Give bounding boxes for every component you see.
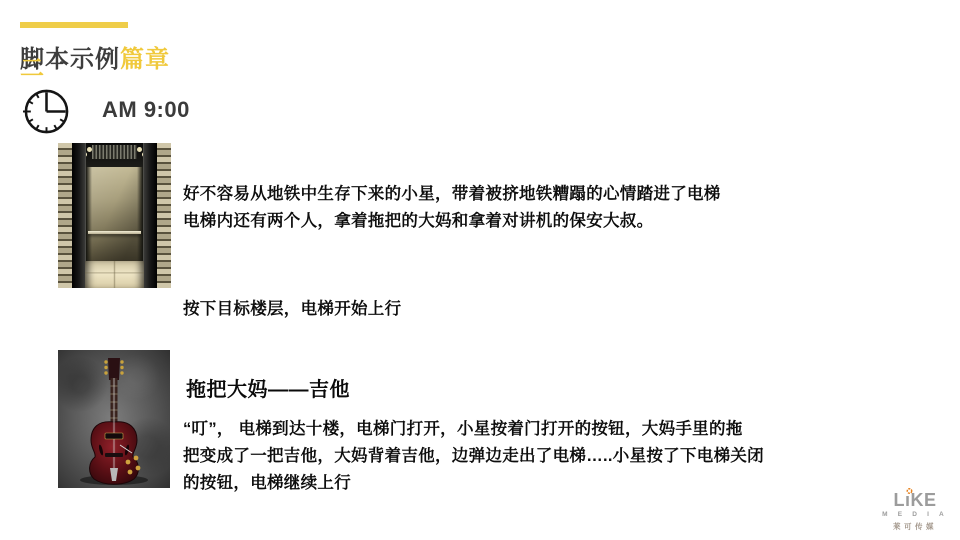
scene2-heading: 拖把大妈——吉他 <box>186 373 350 402</box>
brand-media-label: M E D I A <box>880 511 950 518</box>
title-accent-bar <box>20 22 128 28</box>
elevator-back-wall <box>86 167 143 261</box>
guitar-illustration <box>58 350 170 488</box>
brand-logo: L ıKE M E D I A 莱可传媒 <box>880 491 950 532</box>
elevator-door-left <box>72 143 86 288</box>
elevator-image <box>58 143 171 288</box>
guitar-image <box>58 350 170 488</box>
clock-icon <box>23 88 70 135</box>
elevator-door-right <box>143 143 157 288</box>
scene1-action-line: 按下目标楼层，电梯开始上行 <box>183 296 768 323</box>
brand-chinese-name: 莱可传媒 <box>880 521 950 532</box>
time-label: AM 9:00 <box>102 97 190 123</box>
elevator-right-wall <box>157 143 171 288</box>
elevator-floor <box>85 261 144 288</box>
elevator-ceiling-vent <box>92 145 137 159</box>
elevator-left-wall <box>58 143 72 288</box>
scene2-narration: “叮”， 电梯到达十楼，电梯门打开，小星按着门打开的按钮，大妈手里的拖 把变成了… <box>183 416 768 497</box>
elevator-ceiling-lights <box>58 143 61 146</box>
chapter-number: 二 <box>20 57 44 81</box>
elevator-handrail <box>88 231 141 234</box>
brand-wordmark: L ıKE <box>880 491 950 509</box>
page-title-accent: 篇章 <box>120 46 170 73</box>
aperture-icon <box>905 488 914 494</box>
scene1-narration: 好不容易从地铁中生存下来的小星，带着被挤地铁糟蹋的心情踏进了电梯 电梯内还有两个… <box>183 181 768 235</box>
